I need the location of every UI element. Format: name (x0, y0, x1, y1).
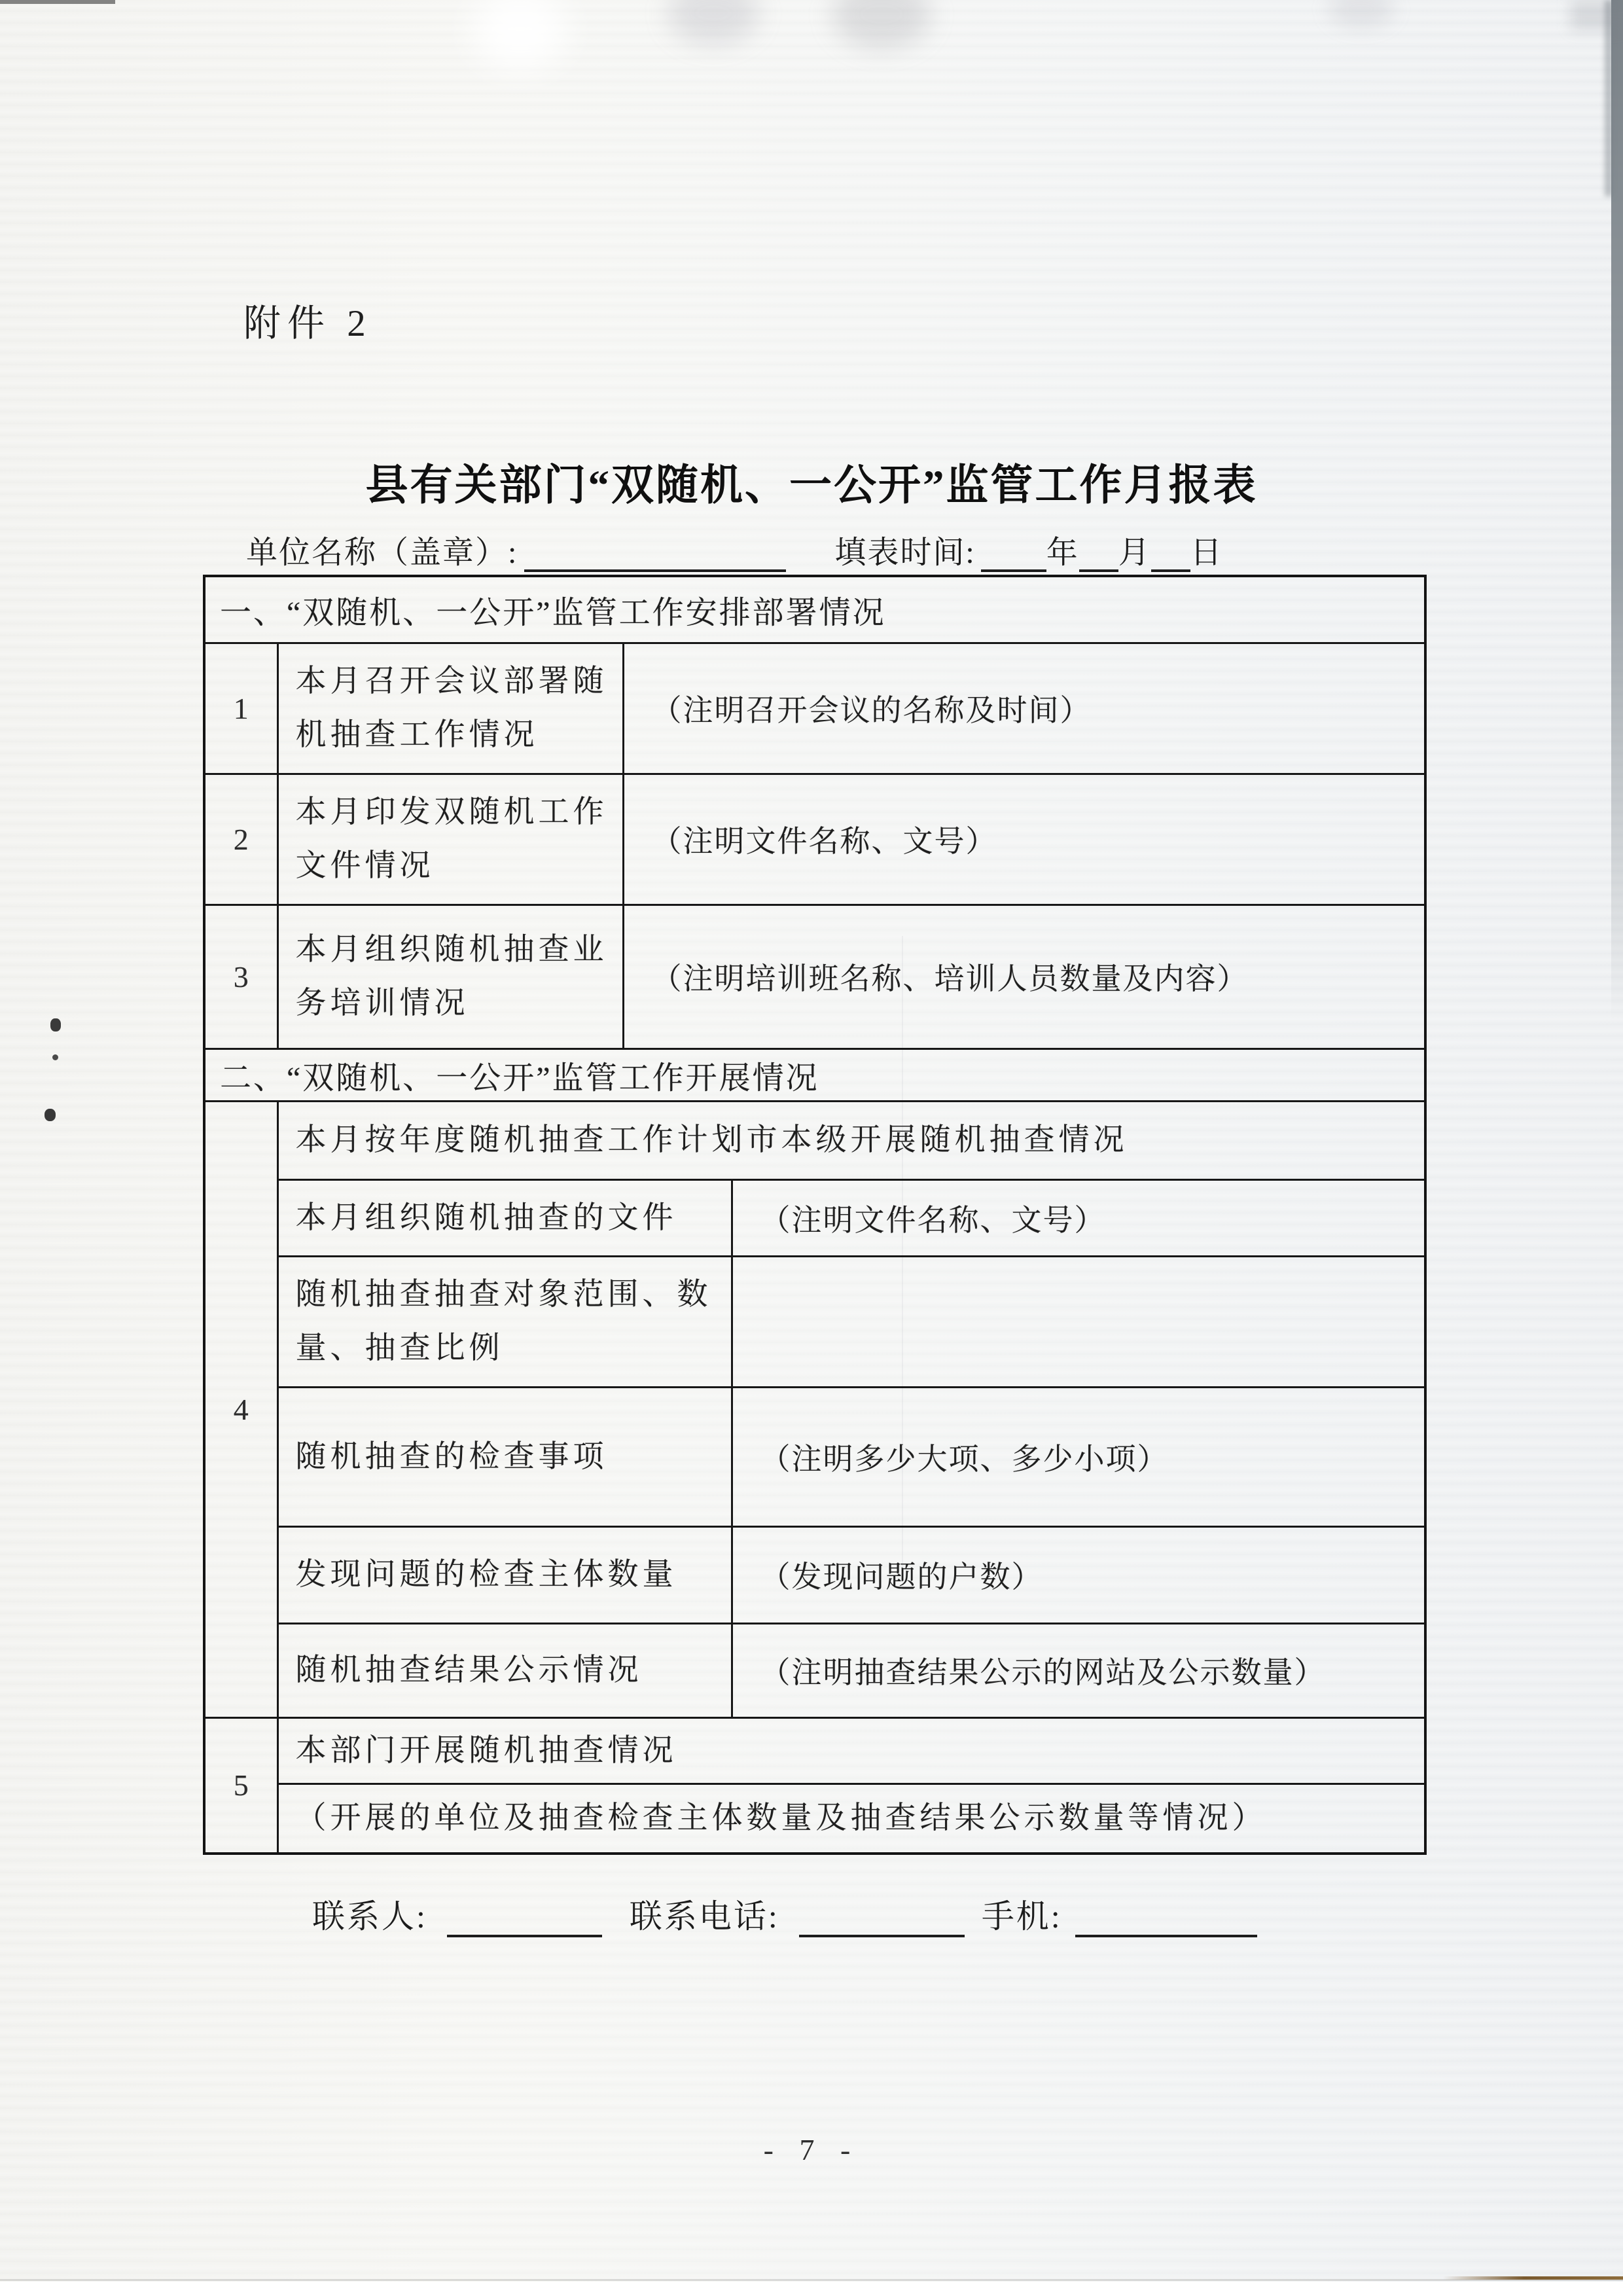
row-note-cell: （注明文件名称、文号） (623, 774, 1425, 905)
table-row: 3 本月组织随机抽查业 务培训情况 （注明培训班名称、培训人员数量及内容） (204, 905, 1425, 1049)
row-item-label: 本月组织随机抽查的文件 (277, 1179, 732, 1256)
table-row: 5 本部门开展随机抽查情况 (204, 1717, 1425, 1784)
monthly-report-table: 一、“双随机、一公开”监管工作安排部署情况 1 本月召开会议部署随 机抽查工作情… (203, 575, 1427, 1855)
attachment-label: 附件 2 (243, 293, 372, 347)
row-item-label: 随机抽查的检查事项 (277, 1387, 732, 1526)
year-label: 年 (1046, 527, 1079, 572)
contact-mobile-blank-field (1075, 1899, 1257, 1937)
scan-bottom-strip (0, 2282, 1623, 2296)
row-note-cell: （注明多少大项、多少小项） (732, 1387, 1425, 1526)
row-item-label: 本月组织随机抽查业 务培训情况 (277, 905, 623, 1049)
row-item-label: 随机抽查结果公示情况 (277, 1623, 732, 1717)
table-row: 2 本月印发双随机工作 文件情况 （注明文件名称、文号） (204, 774, 1425, 905)
table-row: 随机抽查结果公示情况 （注明抽查结果公示的网站及公示数量） (204, 1623, 1425, 1717)
row-note-cell: （注明文件名称、文号） (732, 1179, 1425, 1256)
row-item-label: 随机抽查抽查对象范围、数 量、抽查比例 (277, 1256, 732, 1387)
table-row: 1 本月召开会议部署随 机抽查工作情况 （注明召开会议的名称及时间） (204, 643, 1425, 774)
page-title: 县有关部门“双随机、一公开”监管工作月报表 (0, 450, 1623, 512)
row-item-label: 发现问题的检查主体数量 (277, 1526, 732, 1623)
table-row: 随机抽查的检查事项 （注明多少大项、多少小项） (204, 1387, 1425, 1526)
table-row: （开展的单位及抽查检查主体数量及抽查结果公示数量等情况） (204, 1784, 1425, 1854)
row-number: 1 (204, 643, 277, 774)
row4-merged-header: 本月按年度随机抽查工作计划市本级开展随机抽查情况 (277, 1101, 1425, 1179)
table-row: 本月组织随机抽查的文件 （注明文件名称、文号） (204, 1179, 1425, 1256)
contact-phone-label: 联系电话: (630, 1890, 779, 1937)
day-label: 日 (1190, 527, 1223, 572)
row-note-cell: （注明召开会议的名称及时间） (623, 643, 1425, 774)
scanned-page: 附件 2 县有关部门“双随机、一公开”监管工作月报表 单位名称（盖章）: 填表时… (0, 0, 1623, 2296)
table-row: 随机抽查抽查对象范围、数 量、抽查比例 (204, 1256, 1425, 1387)
row-number: 3 (204, 905, 277, 1049)
row-note-cell: （发现问题的户数） (732, 1526, 1425, 1623)
section1-header: 一、“双随机、一公开”监管工作安排部署情况 (204, 576, 1425, 643)
contact-mobile-label: 手机: (982, 1890, 1062, 1937)
contact-line: 联系人: 联系电话: 手机: (312, 1895, 1257, 1937)
form-meta-line: 单位名称（盖章）: 填表时间: 年 月 日 (246, 528, 1223, 572)
row-note-cell (732, 1256, 1425, 1387)
row-item-label: 本月印发双随机工作 文件情况 (277, 774, 623, 905)
row5-note: （开展的单位及抽查检查主体数量及抽查结果公示数量等情况） (277, 1784, 1425, 1854)
table-row: 发现问题的检查主体数量 （发现问题的户数） (204, 1526, 1425, 1623)
row-note-cell: （注明抽查结果公示的网站及公示数量） (732, 1623, 1425, 1717)
table-row: 4 本月按年度随机抽查工作计划市本级开展随机抽查情况 (204, 1101, 1425, 1179)
row-item-label: 本月召开会议部署随 机抽查工作情况 (277, 643, 623, 774)
row5-title: 本部门开展随机抽查情况 (277, 1717, 1425, 1784)
contact-person-label: 联系人: (312, 1890, 427, 1937)
row-note-cell: （注明培训班名称、培训人员数量及内容） (623, 905, 1425, 1049)
contact-phone-blank-field (799, 1899, 965, 1937)
page-number: - 7 - (0, 2132, 1623, 2167)
row-number: 5 (204, 1717, 277, 1854)
unit-name-blank-field (524, 534, 786, 572)
year-blank-field (981, 534, 1046, 572)
section2-header: 二、“双随机、一公开”监管工作开展情况 (204, 1049, 1425, 1101)
contact-person-blank-field (447, 1899, 602, 1937)
month-label: 月 (1118, 527, 1151, 572)
month-blank-field (1079, 534, 1118, 572)
unit-name-label: 单位名称（盖章）: (246, 527, 518, 572)
row-number: 2 (204, 774, 277, 905)
fill-time-label: 填表时间: (834, 527, 975, 572)
day-blank-field (1151, 534, 1190, 572)
row-number: 4 (204, 1101, 277, 1717)
